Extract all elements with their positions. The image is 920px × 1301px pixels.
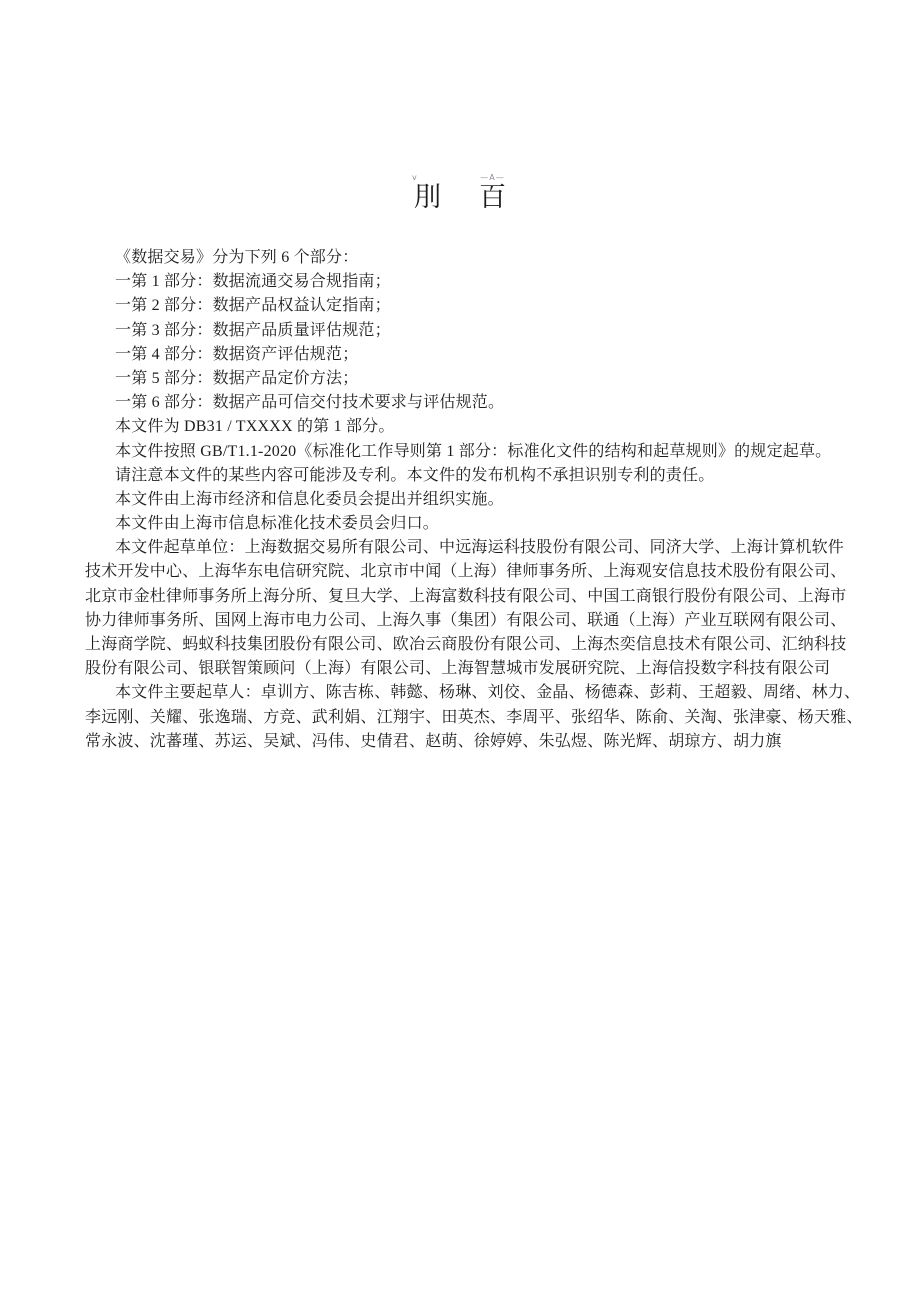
text-line: 本文件起草单位：上海数据交易所有限公司、中远海运科技股份有限公司、同济大学、上海… [85,536,838,560]
text-line: 技术开发中心、上海华东电信研究院、北京市中闻（上海）律师事务所、上海观安信息技术… [85,560,838,584]
text-line: 本文件由上海市信息标准化技术委员会归口。 [85,512,838,536]
text-line: 李远刚、关耀、张逸瑞、方竞、武利娟、江翔宇、田英杰、李周平、张绍华、陈俞、关淘、… [85,706,838,730]
text-line: 一第 2 部分：数据产品权益认定指南； [85,294,838,318]
ocr-artifact-mark-left: v [412,174,417,182]
text-line: 一第 3 部分：数据产品质量评估规范； [85,319,838,343]
title-glyph-right: 百 [479,182,506,212]
document-body: 《数据交易》分为下列 6 个部分：一第 1 部分：数据流通交易合规指南；一第 2… [85,246,838,754]
text-line: 股份有限公司、银联智策顾问（上海）有限公司、上海智慧城市发展研究院、上海信投数字… [85,657,838,681]
text-line: 本文件为 DB31 / TXXXX 的第 1 部分。 [85,415,838,439]
text-line: 本文件由上海市经济和信息化委员会提出并组织实施。 [85,488,838,512]
title-char-left: v 刖 [414,182,441,212]
text-line: 本文件主要起草人：卓训方、陈吉栋、韩懿、杨琳、刘佼、金晶、杨德森、彭莉、王超毅、… [85,681,838,705]
text-line: 请注意本文件的某些内容可能涉及专利。本文件的发布机构不承担识别专利的责任。 [85,464,838,488]
text-line: 一第 1 部分：数据流通交易合规指南； [85,270,838,294]
text-line: 上海商学院、蚂蚁科技集团股份有限公司、欧冶云商股份有限公司、上海杰奕信息技术有限… [85,633,838,657]
text-line: 一第 5 部分：数据产品定价方法； [85,367,838,391]
text-line: 本文件按照 GB/T1.1-2020《标准化工作导则第 1 部分：标准化文件的结… [85,440,838,464]
text-line: 一第 4 部分：数据资产评估规范； [85,343,838,367]
title-glyph-left: 刖 [414,182,441,212]
ocr-artifact-mark-right: —A— [480,174,504,182]
title-char-right: —A— 百 [479,182,506,212]
document-title: v 刖 —A— 百 [0,182,920,212]
text-line: 一第 6 部分：数据产品可信交付技术要求与评估规范。 [85,391,838,415]
text-line: 北京市金杜律师事务所上海分所、复旦大学、上海富数科技有限公司、中国工商银行股份有… [85,585,838,609]
document-page: v 刖 —A— 百 《数据交易》分为下列 6 个部分：一第 1 部分：数据流通交… [0,0,920,1301]
text-line: 协力律师事务所、国网上海市电力公司、上海久事（集团）有限公司、联通（上海）产业互… [85,609,838,633]
text-line: 常永波、沈蕃瑾、苏运、吴斌、冯伟、史倩君、赵萌、徐婷婷、朱弘煜、陈光辉、胡琼方、… [85,730,838,754]
text-line: 《数据交易》分为下列 6 个部分： [85,246,838,270]
